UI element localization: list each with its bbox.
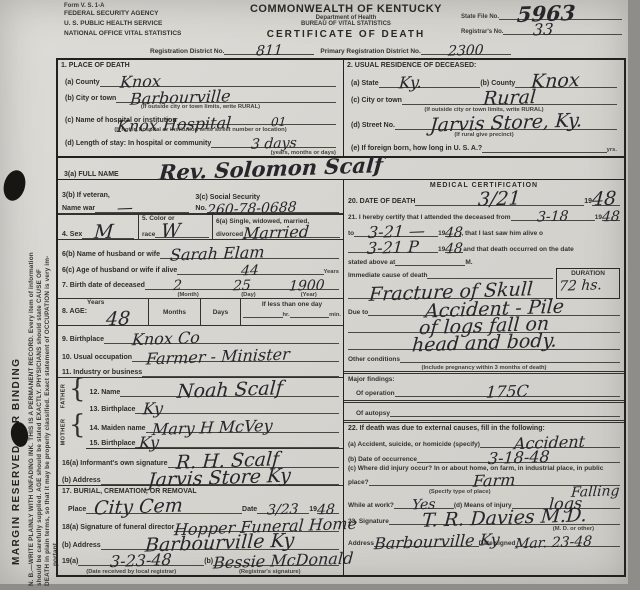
father-birthplace-value: Ky [143,401,164,418]
primary-district-label: Primary Registration District No. [320,48,420,55]
burial-place-value: City Cem [94,497,184,519]
certify-line1: 21. I hereby certify that I attended the… [348,214,511,221]
age-months-label: Months [163,309,186,316]
physician-addr-label: Address [348,540,374,547]
registrar-b-label: (b) [204,558,213,566]
punch-hole-icon [0,168,28,203]
director-label: 18(a) Signature of funeral director [62,524,174,532]
medical-certification-column: MEDICAL CERTIFICATION 20. DATE OF DEATH … [344,180,624,575]
form-header: Form V. S. 1-A FEDERAL SECURITY AGENCY U… [56,0,626,40]
spouse-value: Sarah Elam [169,244,265,263]
sex-race-marital-row: 4. Sex M 5. Color or race W [58,214,343,240]
registration-district-row: Registration District No. 811 Primary Re… [146,44,596,55]
autopsy-row: Of autopsy [344,403,624,417]
residence-city-value: Rural [482,88,536,109]
hospital-value: Knox Hospital [116,115,231,135]
certification-paragraph: 21. I hereby certify that I attended the… [344,206,624,266]
father-side-label: FATHER [61,384,67,409]
binding-margin: MARGIN RESERVED FOR BINDING N. B.—WRITE … [0,0,56,584]
informant-addr-value: Jarvis Store Ky [148,467,292,491]
birthplace-value: Knox Co [131,330,200,348]
registrar-number: 33 [533,22,554,39]
informant-addr-label: (b) Address [62,477,101,485]
burial-block: 17. BURIAL, CREMATION, OR REMOVAL Place … [58,486,343,514]
funeral-addr-label: (b) Address [62,542,101,550]
death-certificate-scan: MARGIN RESERVED FOR BINDING N. B.—WRITE … [0,0,640,590]
registrar-row: 19(a) 3-23-48 (b) Bessie McDonald (Date … [58,550,343,575]
age-less-label: If less than one day [243,301,341,308]
ssn-value: 260-78-0688 [206,200,297,217]
binding-text: MARGIN RESERVED FOR BINDING [11,357,22,565]
veteran-label2: Name war [62,205,95,213]
kind-label: (a) Accident, suicide, or homicide (spec… [348,441,480,448]
agency-line1: FEDERAL SECURITY AGENCY [64,9,231,19]
full-name-value: Rev. Solomon Scalf [158,154,383,183]
last-seen: 3-21 P [367,239,420,257]
attended-to-year: 48 [445,226,464,241]
father-birthplace-label: 13. Birthplace [90,406,136,414]
occur-label: (b) Date of occurrence [348,456,417,463]
findings-label: Major findings: [344,374,624,383]
work-label: While at work? [348,502,394,509]
last-seen-year: 48 [445,242,464,257]
due-label: Due to [348,309,368,316]
father-name-label: 12. Name [90,389,121,397]
duration-label: DURATION [559,270,617,277]
father-brace: { [69,378,86,414]
father-block: FATHER { 12. Name Noah Scalf 13. Birthpl… [58,378,343,414]
city-value: Barbourville [130,88,232,108]
age-hr-label: hr. [283,312,290,318]
attended-from-year: 48 [602,210,621,225]
date-of-death-row: 20. DATE OF DEATH 3/21 19 48 [344,190,624,206]
form-body: 1. PLACE OF DEATH (a) County Knox (b) Ci… [56,58,626,577]
birthplace-label: 9. Birthplace [62,336,104,344]
reg-district-number: 811 [256,44,284,59]
operation-row: Of operation 175C [344,383,624,397]
accident-kind-row: (a) Accident, suicide, or homicide (spec… [344,433,624,448]
veteran-value: — [117,200,134,217]
spouse-label: 6(b) Name of husband or wife [62,251,160,259]
marital-value: Married [243,224,310,242]
certify-line4: stated above at [348,259,395,266]
state-file-label: State File No. [461,14,499,20]
duration-value: 72 hs. [559,278,603,294]
where-value: Farm [473,473,516,491]
informant-signature-row: 16(a) Informant's own signature R. H. Sc… [58,449,343,468]
injury-place-block: (c) Where did injury occur? In or about … [344,463,624,495]
mother-birthplace-label: 15. Birthplace [90,440,136,448]
street-label: (d) Street No. [351,122,395,130]
cause-label: Immediate cause of death [348,272,427,279]
occurrence-date-row: (b) Date of occurrence 3-18-48 [344,448,624,463]
certificate-form: Form V. S. 1-A FEDERAL SECURITY AGENCY U… [56,0,626,584]
certify-line3: and that death occurred on the date [463,246,574,253]
mother-block: MOTHER { 14. Maiden name Mary H McVey 15… [58,414,343,449]
occupation-row: 10. Usual occupation Farmer - Minister [58,344,343,362]
sex-label: 4. Sex [62,231,82,239]
duration-box: DURATION 72 hs. [556,268,620,299]
paper: MARGIN RESERVED FOR BINDING N. B.—WRITE … [0,0,628,584]
place-of-death-section: 1. PLACE OF DEATH (a) County Knox (b) Ci… [58,60,344,156]
mother-side-label: MOTHER [61,418,67,445]
due-to-block: Due to Accident - Pile of logs fall on h… [344,299,624,350]
certify-line2: , that I last saw him alive o [461,230,543,237]
autopsy-label: Of autopsy [356,410,390,417]
dod-label: 20. DATE OF DEATH [348,198,415,206]
stay-value: 3 days [250,136,297,152]
certificate-title: CERTIFICATE OF DEATH [231,29,461,40]
age-row: 8. AGE: Years 48 Months Days [58,298,343,326]
sex-value: M [94,223,115,243]
stay-label: (d) Length of stay: In hospital or commu… [65,140,211,148]
operation-label: Of operation [356,390,395,397]
residence-city-label: (c) City or town [351,97,402,105]
age-years-label: Years [87,299,104,306]
veteran-ssn-row: 3(b) If veteran, Name war — 3(c) Social … [58,180,343,214]
residence-state-label: (a) State [351,80,379,88]
dod-year: 48 [591,190,617,210]
dod-value: 3/21 [478,189,522,210]
place-title: 1. PLACE OF DEATH [61,62,340,70]
street-value: Jarvis Store, Ky. [429,111,583,135]
race-value: W [161,222,182,242]
bureau-line: BUREAU OF VITAL STATISTICS [231,21,461,27]
other-label: Other conditions [348,356,400,363]
cause-duration-block: Immediate cause of death Fracture of Sku… [344,266,624,299]
mother-birthplace-value: Ky [139,435,160,452]
age-days-label: Days [213,309,229,316]
attended-from: 3-18 [536,210,568,225]
county-label: (a) County [65,79,100,87]
birthdate-label: 7. Birth date of deceased [62,282,145,290]
spouse-age-value: 44 [241,264,260,279]
age-label: 8. AGE: [62,308,87,316]
left-column: 3(b) If veteran, Name war — 3(c) Social … [58,180,344,575]
hospital-code: 01 [270,116,286,129]
informant-sig-label: 16(a) Informant's own signature [62,460,168,468]
physician-signature-row: 23. Signature T. R. Davies M.D. (M. D. o… [344,509,624,532]
occupation-label: 10. Usual occupation [62,354,132,362]
full-name-label: 3(a) FULL NAME [64,171,119,179]
residence-section: 2. USUAL RESIDENCE OF DECEASED: (a) Stat… [344,60,624,156]
detail-columns: 3(b) If veteran, Name war — 3(c) Social … [58,180,624,575]
father-name-value: Noah Scalf [176,379,283,402]
marital-label2: divorced [216,231,243,238]
registrar-date-value: 3-23-48 [110,552,173,570]
birthdate-row: 7. Birth date of deceased 2 25 1900 (Mon… [58,275,343,298]
burial-date-label: Date [242,506,257,514]
due-line3: head and body. [411,332,557,356]
informant-address-row: (b) Address Jarvis Store Ky [58,468,343,486]
spouse-age-label: 6(c) Age of husband or wife if alive [62,267,177,275]
reg-district-label: Registration District No. [150,48,224,55]
physician-addr-value: Barbourville Ky [373,532,500,552]
primary-district-number: 2300 [448,43,485,58]
age-min-label: min. [329,312,341,318]
operation-value: 175C [485,383,529,401]
signed-value: Mar. 23-48 [515,535,593,552]
physician-address-row: Address Barbourville Ky Date signed Mar.… [344,532,624,547]
m-label: M. [465,259,472,266]
registrar-no-label: Registrar's No. [461,29,503,35]
birth-year-value: 1900 [288,278,325,293]
issuing-agency-block: Form V. S. 1-A FEDERAL SECURITY AGENCY U… [56,3,231,40]
ssn-label2: No. [195,205,206,213]
birth-month-value: 2 [172,279,182,293]
registrar-a-label: 19(a) [62,558,78,566]
commonwealth-title: COMMONWEALTH OF KENTUCKY [231,3,461,15]
age-years-value: 48 [106,310,132,330]
funeral-address-row: (b) Address Barbourville Ky [58,532,343,550]
mother-brace: { [69,414,86,449]
agency-line3: NATIONAL OFFICE VITAL STATISTICS [64,29,231,39]
mother-name-label: 14. Maiden name [90,425,146,433]
top-section: 1. PLACE OF DEATH (a) County Knox (b) Ci… [58,60,624,158]
race-label2: race [142,231,155,238]
birth-day-value: 25 [233,279,252,294]
birthplace-row: 9. Birthplace Knox Co [58,326,343,344]
file-number-block: State File No. 5963 Registrar's No. 33 [461,3,626,40]
margin-note-line1: N. B.—WRITE PLAINLY WITH UNFADING INK. T… [28,252,35,586]
city-label: (b) City or town [65,95,116,103]
margin-note-line3: DEATH in plain terms, so that it may be … [44,256,51,586]
title-block: COMMONWEALTH OF KENTUCKY Department of H… [231,3,461,40]
margin-note-line2: should be carefully supplied. AGE should… [36,269,43,586]
burial-place-label: Place [68,506,86,514]
where-label2: place? [348,479,369,486]
agency-line2: U. S. PUBLIC HEALTH SERVICE [64,19,231,29]
occur-value: 3-18-48 [487,449,550,467]
full-name-row: 3(a) FULL NAME Rev. Solomon Scalf [58,158,624,180]
foreign-unit: yrs. [607,147,617,153]
